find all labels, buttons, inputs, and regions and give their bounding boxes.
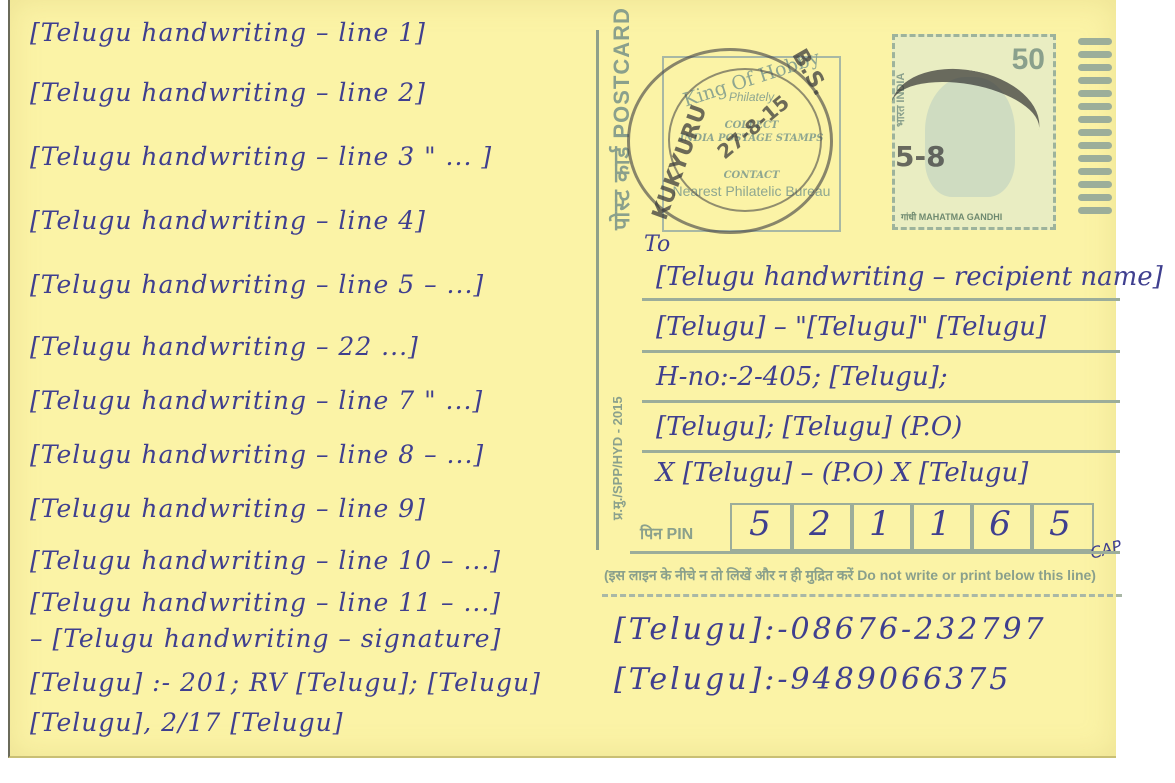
message-line: [Telugu handwriting – line 7 " ...]	[30, 386, 483, 415]
stamp-name: गांधी MAHATMA GANDHI	[901, 210, 1002, 223]
address-rule	[642, 298, 1120, 301]
address-line: [Telugu handwriting – recipient name]	[656, 262, 1163, 292]
to-label: To	[644, 232, 670, 257]
postcard: [Telugu handwriting – line 1] [Telugu ha…	[8, 0, 1116, 758]
message-line: [Telugu handwriting – line 10 – ...]	[30, 546, 501, 575]
pin-digit: 6	[970, 504, 1030, 544]
address-line: X [Telugu] – (P.O) X [Telugu]	[656, 458, 1028, 488]
address-line: [Telugu]; [Telugu] (P.O)	[656, 412, 962, 442]
pin-label: पिन PIN	[640, 522, 693, 544]
message-line: [Telugu handwriting – line 5 – ...]	[30, 270, 484, 299]
message-line: [Telugu handwriting – 22 ...]	[30, 332, 419, 361]
pin-digit: 1	[910, 504, 970, 544]
message-line: [Telugu handwriting – line 4]	[30, 206, 426, 235]
do-not-write-notice: (इस लाइन के नीचे न तो लिखें और न ही मुद्…	[604, 566, 1096, 585]
stamp-value: 50	[1012, 43, 1045, 77]
cancellation-mark: 5-8	[895, 140, 946, 173]
pin-digit: 5	[730, 504, 790, 544]
message-line: [Telugu handwriting – line 3 " ... ]	[30, 142, 492, 171]
pin-digit: 5	[1030, 504, 1090, 544]
mobile-number: [Telugu]:-9489066375	[614, 662, 1011, 697]
print-code: प्र.मु./SPP/HYD - 2015	[608, 396, 626, 520]
divider-line	[596, 30, 599, 550]
address-rule	[642, 450, 1120, 453]
address-rule	[642, 400, 1120, 403]
franking-bars	[1078, 38, 1112, 220]
address-line: H-no:-2-405; [Telugu];	[656, 362, 948, 392]
address-rule	[642, 350, 1120, 353]
message-line: [Telugu handwriting – line 1]	[30, 18, 426, 47]
sender-address-line: [Telugu] :- 201; RV [Telugu]; [Telugu]	[30, 668, 541, 697]
pin-digit: 1	[850, 504, 910, 544]
sender-address-line: [Telugu], 2/17 [Telugu]	[30, 708, 343, 737]
message-line: [Telugu handwriting – line 2]	[30, 78, 426, 107]
message-line: [Telugu handwriting – line 11 – ...]	[30, 588, 501, 617]
message-line: [Telugu handwriting – line 8 – ...]	[30, 440, 484, 469]
message-signature: – [Telugu handwriting – signature]	[30, 624, 501, 653]
pin-rule	[630, 551, 1120, 554]
address-line: [Telugu] – "[Telugu]" [Telugu]	[656, 312, 1046, 342]
message-line: [Telugu handwriting – line 9]	[30, 494, 426, 523]
dashed-separator	[602, 594, 1122, 597]
landline-number: [Telugu]:-08676-232797	[614, 612, 1047, 647]
pin-digit: 2	[790, 504, 850, 544]
